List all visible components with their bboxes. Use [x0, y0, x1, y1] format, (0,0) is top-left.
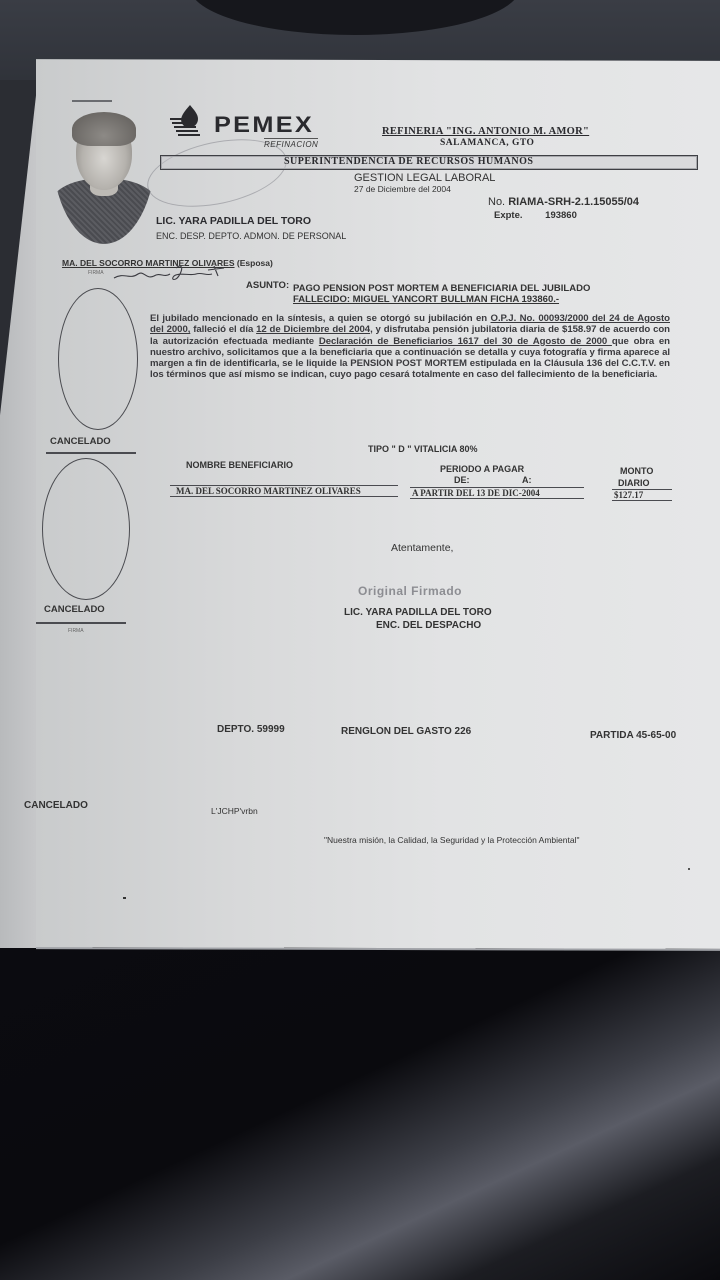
- footer-partida: PARTIDA 45-65-00: [590, 730, 676, 741]
- signer-title: ENC. DEL DESPACHO: [376, 620, 481, 631]
- photo-background-bottom: [0, 940, 720, 1280]
- pension-type: TIPO " D " VITALICIA 80%: [368, 444, 478, 454]
- expediente-label: Expte.: [494, 210, 523, 221]
- footer-renglon: RENGLON DEL GASTO 226: [341, 726, 471, 737]
- handwritten-signature: [110, 262, 230, 284]
- body-paragraph: El jubilado mencionado en la síntesis, a…: [150, 313, 670, 381]
- logo-name: PEMEX: [214, 112, 314, 138]
- table-rule: [410, 498, 584, 499]
- superintendencia-title: SUPERINTENDENCIA DE RECURSOS HUMANOS: [284, 156, 533, 167]
- oficio-label: No.: [488, 196, 505, 208]
- firma-label: FIRMA: [88, 270, 104, 276]
- refinery-city: SALAMANCA, GTO: [440, 138, 534, 148]
- footer-depto: DEPTO. 59999: [217, 724, 285, 735]
- table-rule: [170, 496, 398, 497]
- pemex-logo-icon: [168, 104, 208, 138]
- photo-placeholder-oval: [58, 288, 138, 430]
- recipient-name: LIC. YARA PADILLA DEL TORO: [156, 215, 311, 227]
- header-monto: MONTO: [620, 466, 653, 476]
- expediente: Expte. 193860: [494, 210, 577, 221]
- oficio-value: RIAMA-SRH-2.1.15055/04: [508, 196, 639, 208]
- header-de: DE:: [454, 475, 470, 485]
- asunto-line-2: FALLECIDO: MIGUEL YANCORT BULLMAN FICHA …: [293, 294, 559, 305]
- table-rule: [612, 500, 672, 501]
- beneficiary-relation: (Esposa): [237, 258, 273, 268]
- paper-underlay: [0, 60, 40, 948]
- paper-speck: [688, 868, 690, 870]
- signature-line: [36, 622, 126, 624]
- table-cell-periodo: A PARTIR DEL 13 DE DIC-2004: [412, 488, 540, 498]
- header-diario: DIARIO: [618, 478, 650, 488]
- closing-salutation: Atentamente,: [391, 542, 453, 554]
- footer-initials: L'JCHP'vrbn: [211, 806, 258, 816]
- recipient-title: ENC. DESP. DEPTO. ADMON. DE PERSONAL: [156, 231, 346, 241]
- footer-motto: "Nuestra misión, la Calidad, la Segurida…: [324, 835, 580, 845]
- firma-label: FIRMA: [68, 628, 84, 634]
- cancelado-label: CANCELADO: [44, 604, 105, 615]
- table-cell-nombre: MA. DEL SOCORRO MARTINEZ OLIVARES: [176, 486, 361, 496]
- signature-line: [46, 452, 136, 454]
- header-a: A:: [522, 475, 532, 485]
- oficio-number: No. RIAMA-SRH-2.1.15055/04: [488, 196, 639, 208]
- department-name: GESTION LEGAL LABORAL: [354, 172, 495, 184]
- document-date: 27 de Diciembre del 2004: [354, 184, 451, 194]
- cancelado-label: CANCELADO: [50, 436, 111, 447]
- asunto-label: ASUNTO:: [246, 280, 289, 291]
- table-cell-monto: $127.17: [614, 490, 643, 500]
- header-periodo: PERIODO A PAGAR: [440, 464, 524, 474]
- page-mark: [72, 100, 112, 102]
- beneficiary-photo: [52, 108, 156, 244]
- header-nombre: NOMBRE BENEFICIARIO: [186, 460, 293, 470]
- paper-speck: [123, 897, 126, 899]
- expediente-value: 193860: [545, 210, 577, 221]
- cancelado-label: CANCELADO: [24, 800, 88, 811]
- signer-name: LIC. YARA PADILLA DEL TORO: [344, 607, 492, 618]
- photo-placeholder-oval: [42, 458, 130, 600]
- original-firmado-stamp: Original Firmado: [358, 584, 462, 598]
- refinery-name: REFINERIA "ING. ANTONIO M. AMOR": [382, 126, 589, 137]
- asunto-line-1: PAGO PENSION POST MORTEM A BENEFICIARIA …: [293, 283, 590, 294]
